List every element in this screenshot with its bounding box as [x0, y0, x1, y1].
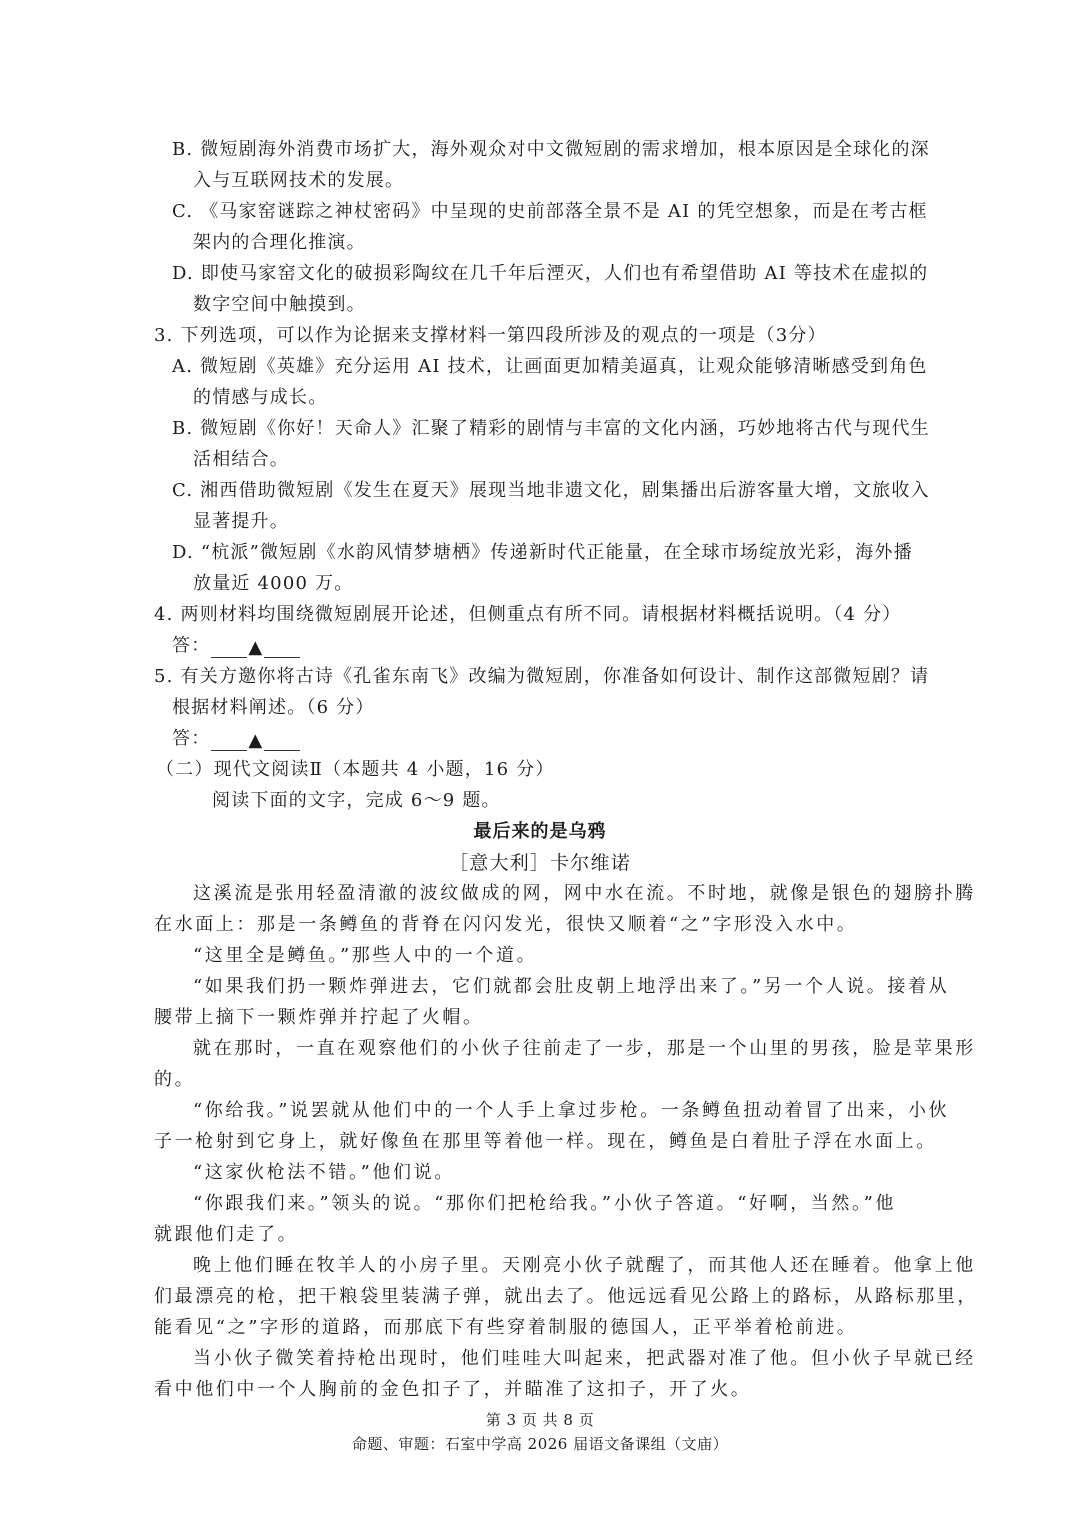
exam-page: B. 微短剧海外消费市场扩大，海外观众对中文微短剧的需求增加，根本原因是全球化的…: [0, 0, 1080, 1527]
answer-blank-right: [264, 639, 300, 658]
story-line: “这里全是鳟鱼。”那些人中的一个道。: [193, 944, 537, 968]
story-line: 晚上他们睡在牧羊人的小房子里。天刚亮小伙子就醒了，而其他人还在睡着。他拿上他: [193, 1254, 976, 1278]
q3-option-d-line1: D. “杭派”微短剧《水韵风情梦塘栖》传递新时代正能量，在全球市场绽放光彩，海外…: [172, 541, 913, 565]
story-line: 能看见“之”字形的道路，而那底下有些穿着制服的德国人，正平举着枪前进。: [154, 1316, 857, 1340]
story-line: “你给我。”说罢就从他们中的一个人手上拿过步枪。一条鳟鱼扭动着冒了出来，小伙: [193, 1099, 949, 1123]
page-number: 第 3 页 共 8 页: [0, 1408, 1080, 1432]
section2-instruction: 阅读下面的文字，完成 6～9 题。: [212, 789, 501, 813]
story-line: 这溪流是张用轻盈清澈的波纹做成的网，网中水在流。不时地，就像是银色的翅膀扑腾: [193, 882, 976, 906]
story-line: 当小伙子微笑着持枪出现时，他们哇哇大叫起来，把武器对准了他。但小伙子早就已经: [193, 1347, 976, 1371]
q3-option-a-line2: 的情感与成长。: [193, 386, 327, 410]
triangle-icon: ▲: [248, 638, 263, 658]
story-author: ［意大利］卡尔维诺: [0, 851, 1080, 875]
q5-stem-line2: 根据材料阐述。（6 分）: [172, 696, 375, 720]
q3-option-c-line2: 显著提升。: [193, 510, 289, 534]
q2-option-b-line1: B. 微短剧海外消费市场扩大，海外观众对中文微短剧的需求增加，根本原因是全球化的…: [172, 138, 930, 162]
q4-stem: 4. 两则材料均围绕微短剧展开论述，但侧重点有所不同。请根据材料概括说明。（4 …: [154, 603, 901, 627]
q3-stem: 3. 下列选项，可以作为论据来支撑材料一第四段所涉及的观点的一项是（3分）: [154, 324, 827, 348]
story-line: 在水面上：那是一条鳟鱼的背脊在闪闪发光，很快又顺着“之”字形没入水中。: [154, 913, 857, 937]
q3-option-d-line2: 放量近 4000 万。: [193, 572, 353, 596]
q3-option-b-line1: B. 微短剧《你好！天命人》汇聚了精彩的剧情与丰富的文化内涵，巧妙地将古代与现代…: [172, 417, 930, 441]
story-line: 子一枪射到它身上，就好像鱼在那里等着他一样。现在，鳟鱼是白着肚子浮在水面上。: [154, 1130, 937, 1154]
story-line: “你跟我们来。”领头的说。“那你们把枪给我。”小伙子答道。“好啊，当然。”他: [193, 1192, 896, 1216]
q5-stem-line1: 5. 有关方邀你将古诗《孔雀东南飞》改编为微短剧，你准备如何设计、制作这部微短剧…: [154, 665, 929, 689]
triangle-icon: ▲: [248, 731, 263, 751]
answer-blank-right: [264, 732, 300, 751]
story-title: 最后来的是乌鸦: [0, 820, 1080, 844]
q2-option-d-line1: D. 即使马家窑文化的破损彩陶纹在几千年后湮灭，人们也有希望借助 AI 等技术在…: [172, 262, 928, 286]
section2-heading: （二）现代文阅读Ⅱ（本题共 4 小题，16 分）: [156, 758, 555, 782]
story-line: “如果我们扔一颗炸弹进去，它们就都会肚皮朝上地浮出来了。”另一个人说。接着从: [193, 975, 949, 999]
q3-option-a-line1: A. 微短剧《英雄》充分运用 AI 技术，让画面更加精美逼真，让观众能够清晰感受…: [172, 355, 928, 379]
story-line: 腰带上摘下一颗炸弹并拧起了火帽。: [154, 1006, 484, 1030]
q5-answer: 答： ▲: [172, 727, 301, 751]
q3-option-b-line2: 活相结合。: [193, 448, 289, 472]
answer-blank-left: [211, 732, 247, 751]
q2-option-c-line1: C. 《马家窑谜踪之神杖密码》中呈现的史前部落全景不是 AI 的凭空想象，而是在…: [172, 200, 928, 224]
story-line: 看中他们中一个人胸前的金色扣子了，并瞄准了这扣子，开了火。: [154, 1378, 751, 1402]
q4-answer-label: 答：: [172, 634, 210, 658]
story-line: “这家伙枪法不错。”他们说。: [193, 1161, 455, 1185]
q3-option-c-line1: C. 湘西借助微短剧《发生在夏天》展现当地非遗文化，剧集播出后游客量大增，文旅收…: [172, 479, 930, 503]
q5-answer-label: 答：: [172, 727, 210, 751]
footer-credit: 命题、审题：石室中学高 2026 届语文备课组（文庙）: [0, 1432, 1080, 1456]
story-line: 们最漂亮的枪，把干粮袋里装满子弹，就出去了。他远远看见公路上的路标，从路标那里，: [154, 1285, 978, 1309]
answer-blank-left: [211, 639, 247, 658]
q2-option-c-line2: 架内的合理化推演。: [193, 231, 366, 255]
q2-option-d-line2: 数字空间中触摸到。: [193, 293, 366, 317]
story-line: 的。: [154, 1068, 195, 1092]
story-line: 就在那时，一直在观察他们的小伙子往前走了一步，那是一个山里的男孩，脸是苹果形: [193, 1037, 976, 1061]
story-line: 就跟他们走了。: [154, 1223, 298, 1247]
q4-answer: 答： ▲: [172, 634, 301, 658]
q2-option-b-line2: 入与互联网技术的发展。: [193, 169, 404, 193]
